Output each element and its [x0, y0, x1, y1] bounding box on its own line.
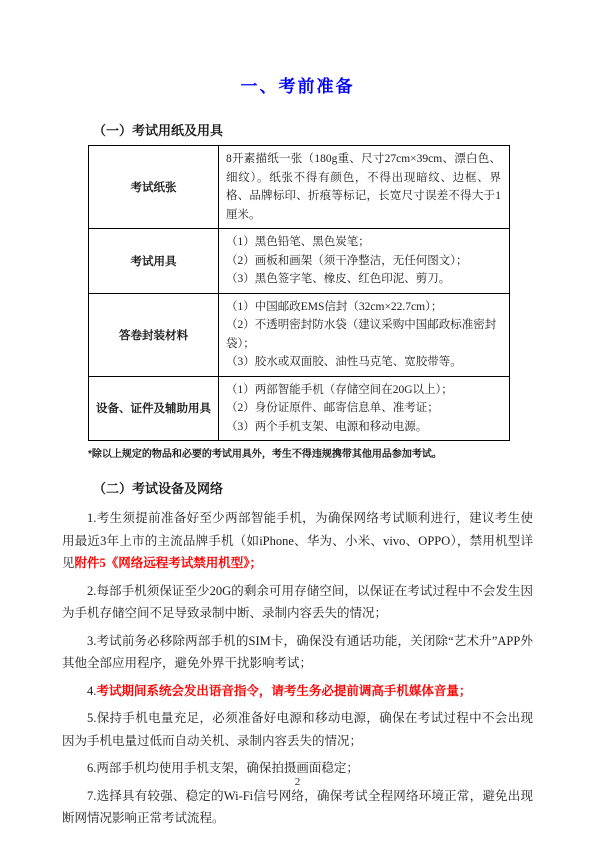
- row-label-exam-paper: 考试纸张: [89, 146, 219, 229]
- paragraph-2: 2.每部手机须保证至少20G的剩余可用存储空间，以保证在考试过程中不会发生因为手…: [62, 580, 533, 625]
- paragraph-5: 5.保持手机电量充足，必须准备好电源和移动电源，确保在考试过程中不会出现因为手机…: [62, 707, 533, 752]
- table-row-packaging-materials: 答卷封装材料 （1）中国邮政EMS信封（32cm×22.7cm）； （2）不透明…: [89, 293, 510, 376]
- section2-heading: （二）考试设备及网络: [62, 478, 533, 497]
- cell-text: 8开素描纸一张（180g重、尺寸27cm×39cm、漂白色、细纹）。纸张不得有颜…: [226, 150, 501, 224]
- table-row-exam-tools: 考试用具 （1）黑色铅笔、黑色炭笔； （2）画板和画架（须干净整洁，无任何图文）…: [89, 229, 510, 294]
- row-label-packaging-materials: 答卷封装材料: [89, 293, 219, 376]
- row-content-devices-documents: （1）两部智能手机（存储空间在20G以上）； （2）身份证原件、邮寄信息单、准考…: [219, 376, 510, 441]
- paragraph-4-number: 4.: [87, 684, 96, 698]
- section1-heading: （一）考试用纸及用具: [62, 120, 533, 139]
- cell-text: （3）黑色签字笔、橡皮、红色印泥、剪刀。: [226, 270, 501, 289]
- paragraph-4: 4.考试期间系统会发出语音指令，请考生务必提前调高手机媒体音量；: [62, 680, 533, 703]
- row-content-exam-paper: 8开素描纸一张（180g重、尺寸27cm×39cm、漂白色、细纹）。纸张不得有颜…: [219, 146, 510, 229]
- page-number: 2: [0, 776, 595, 788]
- paragraph-1: 1.考生须提前准备好至少两部智能手机，为确保网络考试顺利进行，建议考生使用最近3…: [62, 507, 533, 575]
- table-row-exam-paper: 考试纸张 8开素描纸一张（180g重、尺寸27cm×39cm、漂白色、细纹）。纸…: [89, 146, 510, 229]
- paragraph-7: 7.选择具有较强、稳定的Wi-Fi信号网络，确保考试全程网络环境正常，避免出现断…: [62, 785, 533, 830]
- cell-text: （3）胶水或双面胶、油性马克笔、宽胶带等。: [226, 353, 501, 372]
- cell-text: （2）不透明密封防水袋（建议采购中国邮政标准密封袋）；: [226, 316, 501, 353]
- page-title: 一、考前准备: [62, 72, 533, 97]
- document-page: 一、考前准备 （一）考试用纸及用具 考试纸张 8开素描纸一张（180g重、尺寸2…: [0, 0, 595, 842]
- cell-text: （1）两部智能手机（存储空间在20G以上）；: [226, 381, 501, 400]
- paragraph-3: 3.考试前务必移除两部手机的SIM卡，确保没有通话功能，关闭除“艺术升”APP外…: [62, 630, 533, 675]
- row-label-devices-documents: 设备、证件及辅助用具: [89, 376, 219, 441]
- cell-text: （3）两个手机支架、电源和移动电源。: [226, 418, 501, 437]
- attachment5-reference: 附件5《网络远程考试禁用机型》；: [75, 556, 263, 570]
- row-content-packaging-materials: （1）中国邮政EMS信封（32cm×22.7cm）； （2）不透明密封防水袋（建…: [219, 293, 510, 376]
- supplies-table: 考试纸张 8开素描纸一张（180g重、尺寸27cm×39cm、漂白色、细纹）。纸…: [88, 145, 510, 441]
- table-row-devices-documents: 设备、证件及辅助用具 （1）两部智能手机（存储空间在20G以上）； （2）身份证…: [89, 376, 510, 441]
- cell-text: （2）画板和画架（须干净整洁，无任何图文）；: [226, 252, 501, 271]
- cell-text: （1）中国邮政EMS信封（32cm×22.7cm）；: [226, 298, 501, 317]
- cell-text: （1）黑色铅笔、黑色炭笔；: [226, 233, 501, 252]
- cell-text: （2）身份证原件、邮寄信息单、准考证；: [226, 399, 501, 418]
- row-label-exam-tools: 考试用具: [89, 229, 219, 294]
- row-content-exam-tools: （1）黑色铅笔、黑色炭笔； （2）画板和画架（须干净整洁，无任何图文）； （3）…: [219, 229, 510, 294]
- volume-warning-text: 考试期间系统会发出语音指令，请考生务必提前调高手机媒体音量；: [96, 684, 471, 698]
- table-footnote: *除以上规定的物品和必要的考试用具外，考生不得违规携带其他用品参加考试。: [88, 445, 533, 460]
